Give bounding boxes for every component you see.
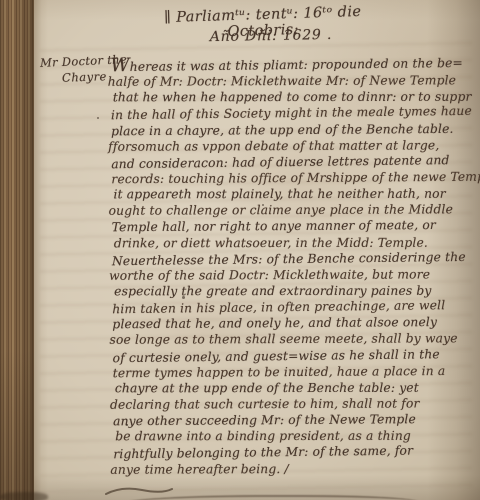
ink-speck: [126, 424, 128, 426]
ink-speck: [97, 117, 99, 119]
entry-line: it appeareth most plainely, that he neit…: [113, 186, 477, 203]
entry-line: place in a chayre, at the upp end of the…: [111, 120, 475, 139]
heading-anno-domini: Año Dñi: 1629 .: [186, 27, 356, 46]
entry-text: Whereas it was at this pliamt: propounde…: [111, 56, 478, 478]
entry-line: halfe of Mr: Doctr: Micklethwaite Mr: of…: [108, 72, 472, 90]
entry-line: Temple hall, nor right to anye manner of…: [112, 217, 476, 236]
book-spine: [0, 0, 34, 500]
ink-speck: [262, 204, 264, 206]
manuscript-photo: ∥ Parliamᵗᵘ: tentᵘ: 16ᵗᵒ die Octobris: A…: [0, 0, 480, 500]
entry-line: anye time hereafter being. /: [110, 460, 474, 478]
entry-line: anye other succeeding Mr: of the Newe Te…: [113, 411, 477, 430]
entry-line: declaring that such curtesie to him, sha…: [110, 395, 474, 413]
page-gutter-shadow: [34, 0, 48, 500]
ink-speck: [210, 455, 212, 457]
pen-flourish: [104, 485, 174, 497]
entry-line: chayre at the upp ende of the Benche tab…: [115, 379, 479, 396]
ink-speck: [182, 296, 185, 299]
margin-note-line2: Chayre: [62, 69, 107, 85]
entry-line: ought to challenge or claime anye place …: [109, 201, 473, 219]
entry-line: worthe of the said Doctr: Micklethwaite,…: [109, 266, 473, 284]
bottom-edge-smudge: [0, 492, 48, 500]
